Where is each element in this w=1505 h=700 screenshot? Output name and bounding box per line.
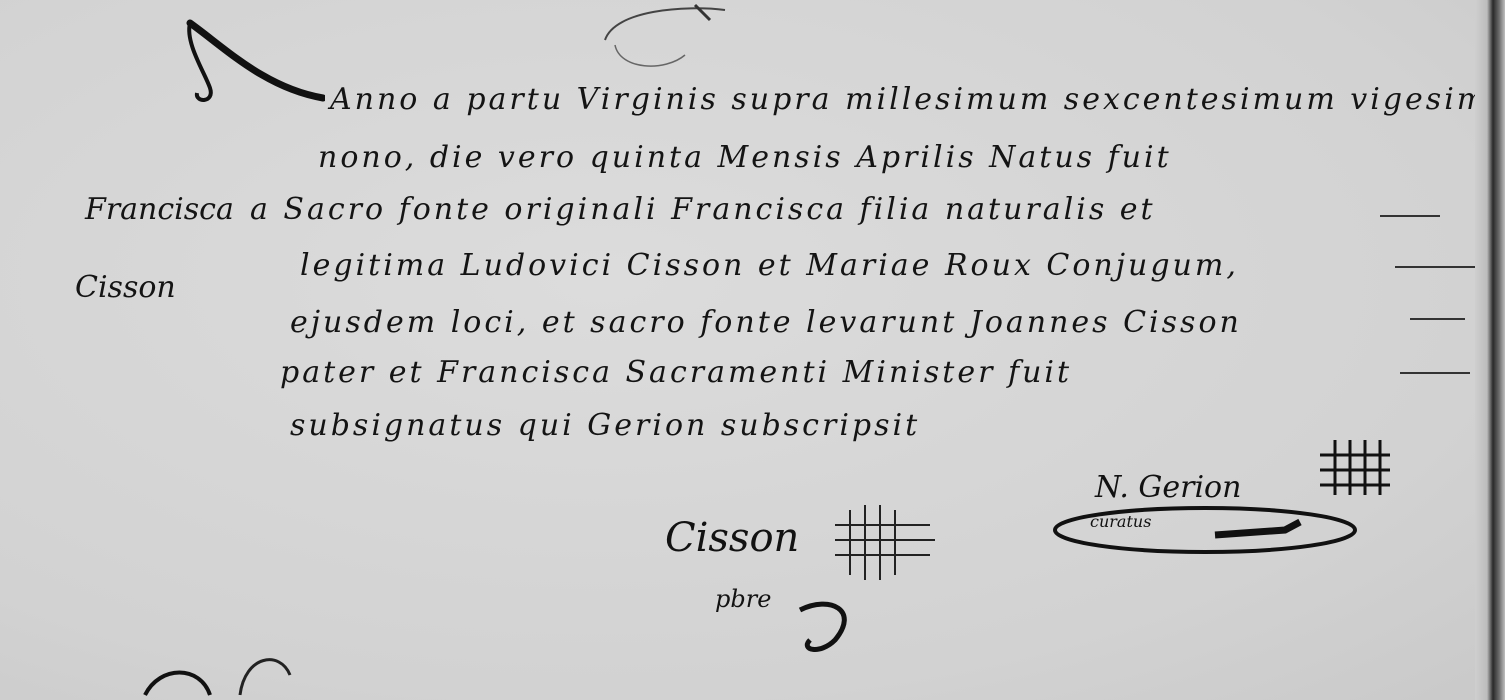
signature-paraph-left-icon xyxy=(830,495,940,585)
line-filler-dash xyxy=(1410,318,1465,320)
margin-note-surname: Cisson xyxy=(75,270,176,305)
next-entry-partial-flourish xyxy=(140,645,300,700)
signature-paraph-right-icon xyxy=(1045,500,1365,565)
signature-left: Cisson xyxy=(665,515,799,561)
entry-line-7: subsignatus qui Gerion subscripsit xyxy=(290,408,920,443)
line-filler-dash xyxy=(1380,215,1440,217)
signature-left-title: pbre xyxy=(715,585,771,613)
entry-line-3: a Sacro fonte originali Francisca filia … xyxy=(250,192,1156,227)
page-binding-edge xyxy=(1475,0,1505,700)
entry-line-1: Anno a partu Virginis supra millesimum s… xyxy=(330,82,1505,117)
signature-flourish-icon xyxy=(790,590,870,670)
entry-line-5: ejusdem loci, et sacro fonte levarunt Jo… xyxy=(290,305,1242,340)
entry-line-4: legitima Ludovici Cisson et Mariae Roux … xyxy=(300,248,1239,283)
line-filler-dash xyxy=(1395,266,1480,268)
decorated-initial-a xyxy=(185,18,325,108)
entry-line-6: pater et Francisca Sacramenti Minister f… xyxy=(280,355,1072,390)
entry-line-2: nono, die vero quinta Mensis Aprilis Nat… xyxy=(318,140,1172,175)
signature-right-title: curatus xyxy=(1090,512,1151,531)
line-filler-dash xyxy=(1400,372,1470,374)
margin-note-given-name: Francisca xyxy=(85,192,234,227)
signature-grid-mark-icon xyxy=(1320,435,1395,505)
top-flourish-mark xyxy=(595,0,735,75)
register-page: Anno a partu Virginis supra millesimum s… xyxy=(0,0,1505,700)
